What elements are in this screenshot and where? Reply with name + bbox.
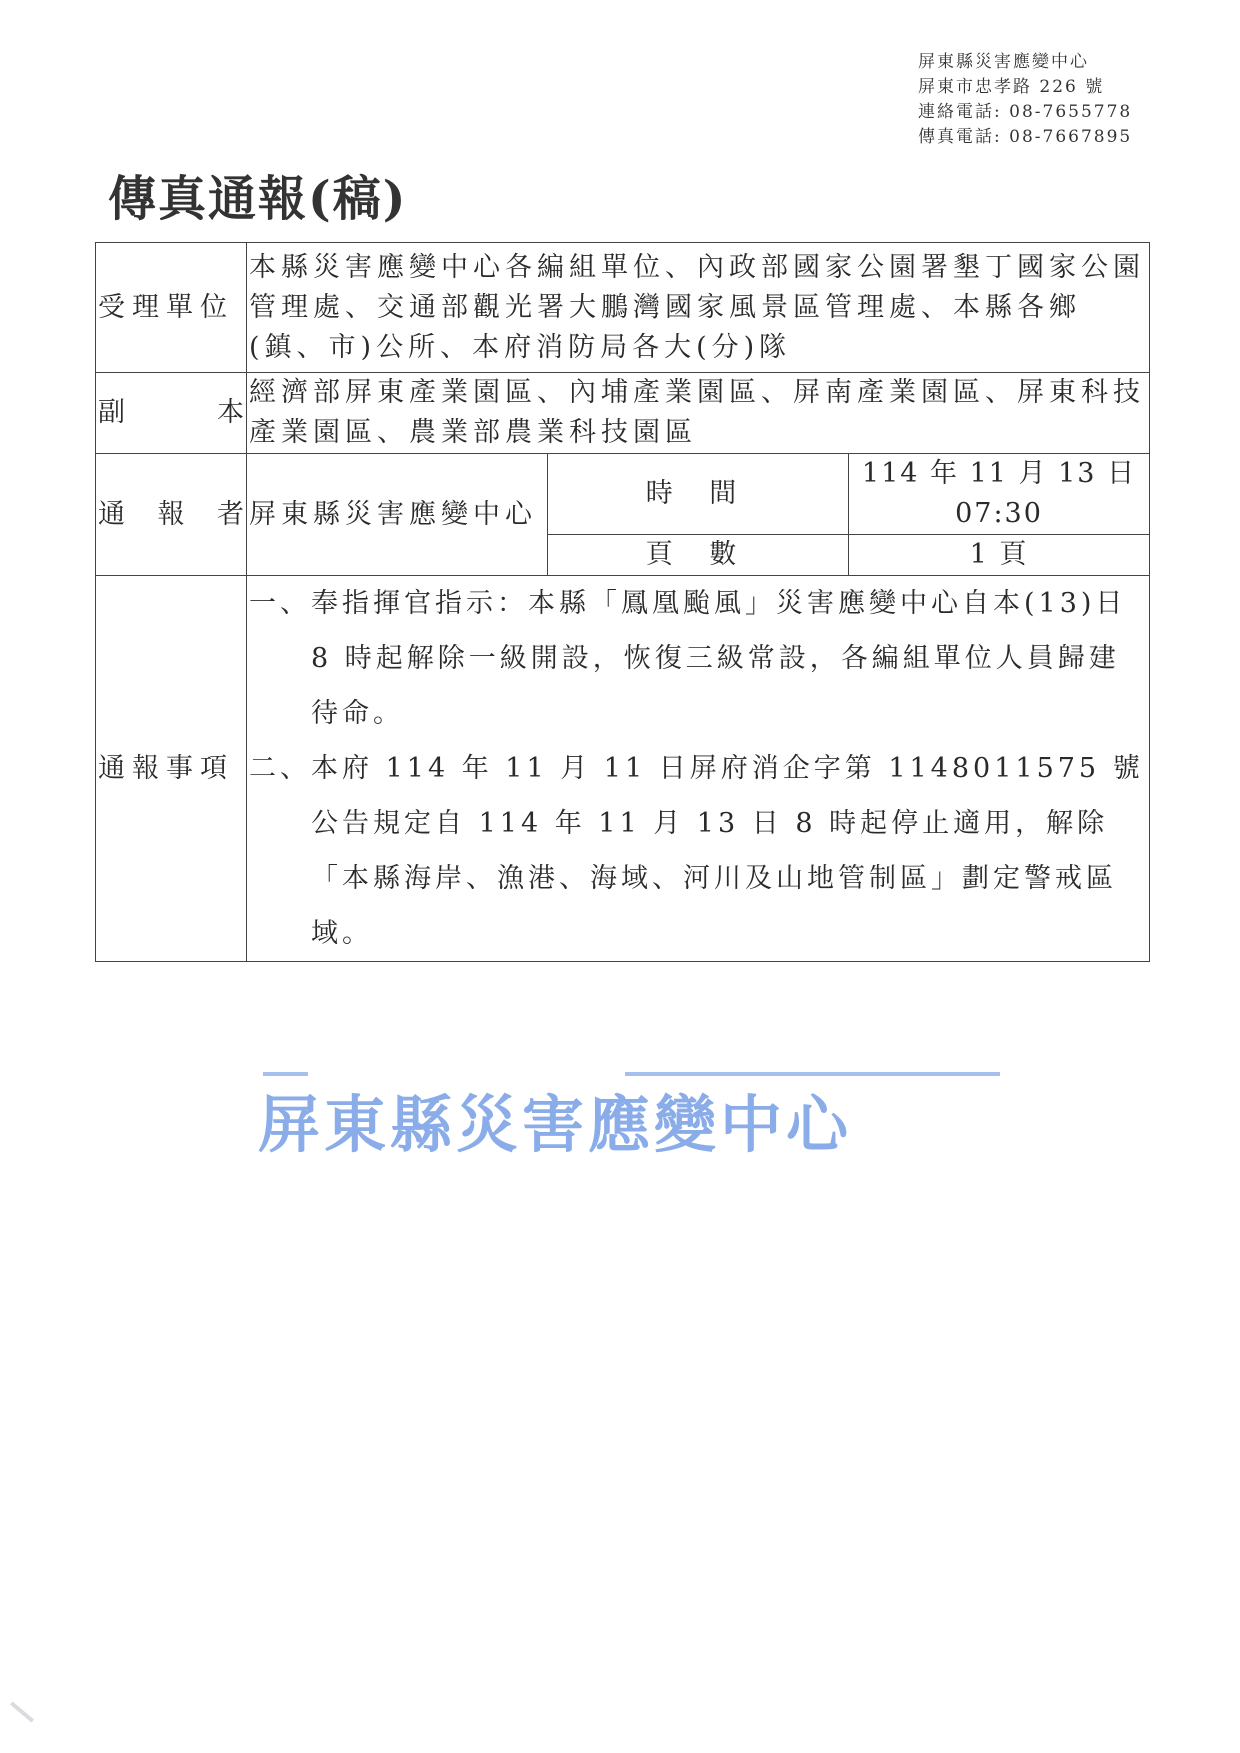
row-recipients: 受理單位 本縣災害應變中心各編組單位、內政部國家公園署墾丁國家公園管理處、交通部…	[96, 243, 1150, 373]
copy-value: 經濟部屏東產業園區、內埔產業園區、屏南產業園區、屏東科技產業園區、農業部農業科技…	[247, 373, 1150, 454]
matter-item-number: 二、	[249, 741, 311, 961]
copy-label: 副 本	[96, 373, 247, 454]
matter-item-text: 本府 114 年 11 月 11 日屏府消企字第 1148011575 號公告規…	[311, 741, 1147, 961]
matter-item: 一、 奉指揮官指示：本縣「鳳凰颱風」災害應變中心自本(13)日 8 時起解除一級…	[249, 576, 1147, 741]
scan-artifact-mark	[10, 1701, 34, 1722]
pages-value: 1 頁	[849, 535, 1150, 576]
recipients-label: 受理單位	[96, 243, 247, 373]
recipients-value: 本縣災害應變中心各編組單位、內政部國家公園署墾丁國家公園管理處、交通部觀光署大鵬…	[247, 243, 1150, 373]
copy-label-left: 副	[98, 393, 125, 433]
reporter-label: 通 報 者	[96, 454, 247, 576]
matter-item: 二、 本府 114 年 11 月 11 日屏府消企字第 1148011575 號…	[249, 741, 1147, 961]
document-title: 傳真通報(稿)	[108, 160, 407, 229]
pages-label: 頁 數	[548, 535, 849, 576]
time-value: 114 年 11 月 13 日 07:30	[849, 454, 1150, 535]
copy-label-right: 本	[217, 393, 244, 433]
row-reporter-time: 通 報 者 屏東縣災害應變中心 時 間 114 年 11 月 13 日 07:3…	[96, 454, 1150, 535]
matters-label: 通報事項	[96, 576, 247, 962]
reporter-label-char-2: 報	[158, 495, 185, 535]
fax-notice-table: 受理單位 本縣災害應變中心各編組單位、內政部國家公園署墾丁國家公園管理處、交通部…	[95, 242, 1150, 962]
reporter-label-char-3: 者	[217, 495, 244, 535]
sender-org: 屏東縣災害應變中心	[918, 50, 1132, 75]
sender-fax: 傳真電話: 08-7667895	[918, 125, 1132, 150]
time-label: 時 間	[548, 454, 849, 535]
reporter-label-char-1: 通	[98, 495, 125, 535]
sender-phone: 連絡電話: 08-7655778	[918, 100, 1132, 125]
row-copy: 副 本 經濟部屏東產業園區、內埔產業園區、屏南產業園區、屏東科技產業園區、農業部…	[96, 373, 1150, 454]
matter-item-number: 一、	[249, 576, 311, 741]
matters-content: 一、 奉指揮官指示：本縣「鳳凰颱風」災害應變中心自本(13)日 8 時起解除一級…	[247, 576, 1150, 962]
row-matters: 通報事項 一、 奉指揮官指示：本縣「鳳凰颱風」災害應變中心自本(13)日 8 時…	[96, 576, 1150, 962]
official-seal-stamp: 屏東縣災害應變中心	[258, 1075, 852, 1164]
matter-item-text: 奉指揮官指示：本縣「鳳凰颱風」災害應變中心自本(13)日 8 時起解除一級開設，…	[311, 576, 1147, 741]
sender-contact-block: 屏東縣災害應變中心 屏東市忠孝路 226 號 連絡電話: 08-7655778 …	[918, 50, 1132, 150]
sender-address: 屏東市忠孝路 226 號	[918, 75, 1132, 100]
reporter-value: 屏東縣災害應變中心	[247, 454, 548, 576]
